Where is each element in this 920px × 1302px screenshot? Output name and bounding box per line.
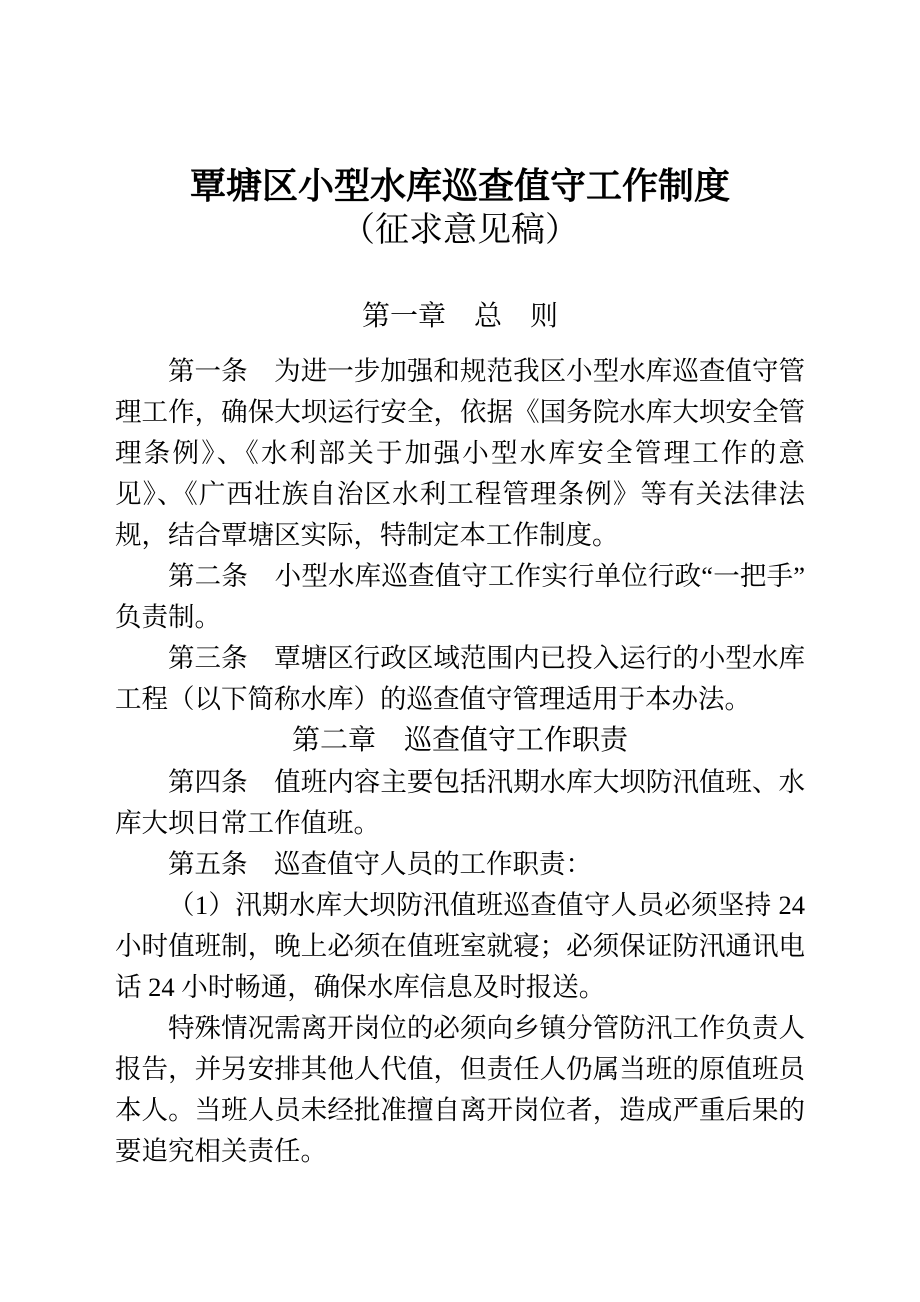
document-title: 覃塘区小型水库巡查值守工作制度 [115,163,805,208]
body-paragraph-article-3: 第三条 覃塘区行政区域范围内已投入运行的小型水库工程（以下简称水库）的巡查值守管… [115,638,805,720]
chapter-2-heading: 第二章 巡查值守工作职责 [115,720,805,762]
body-paragraph-article-4: 第四条 值班内容主要包括汛期水库大坝防汛值班、水库大坝日常工作值班。 [115,762,805,844]
body-paragraph-special-cases: 特殊情况需离开岗位的必须向乡镇分管防汛工作负责人报告，并另安排其他人代值，但责任… [115,1008,805,1172]
body-paragraph-item-1: （1）汛期水库大坝防汛值班巡查值守人员必须坚持 24 小时值班制，晚上必须在值班… [115,885,805,1008]
body-paragraph-article-1: 第一条 为进一步加强和规范我区小型水库巡查值守管理工作，确保大坝运行安全，依据《… [115,351,805,556]
document-subtitle: （征求意见稿） [115,208,805,253]
document-page: 覃塘区小型水库巡查值守工作制度 （征求意见稿） 第一章 总 则 第一条 为进一步… [0,0,920,1302]
chapter-1-heading: 第一章 总 则 [115,296,805,338]
page-content: 覃塘区小型水库巡查值守工作制度 （征求意见稿） 第一章 总 则 第一条 为进一步… [0,0,920,1172]
body-paragraph-article-5: 第五条 巡查值守人员的工作职责： [115,844,805,885]
body-paragraph-article-2: 第二条 小型水库巡查值守工作实行单位行政“一把手”负责制。 [115,556,805,638]
